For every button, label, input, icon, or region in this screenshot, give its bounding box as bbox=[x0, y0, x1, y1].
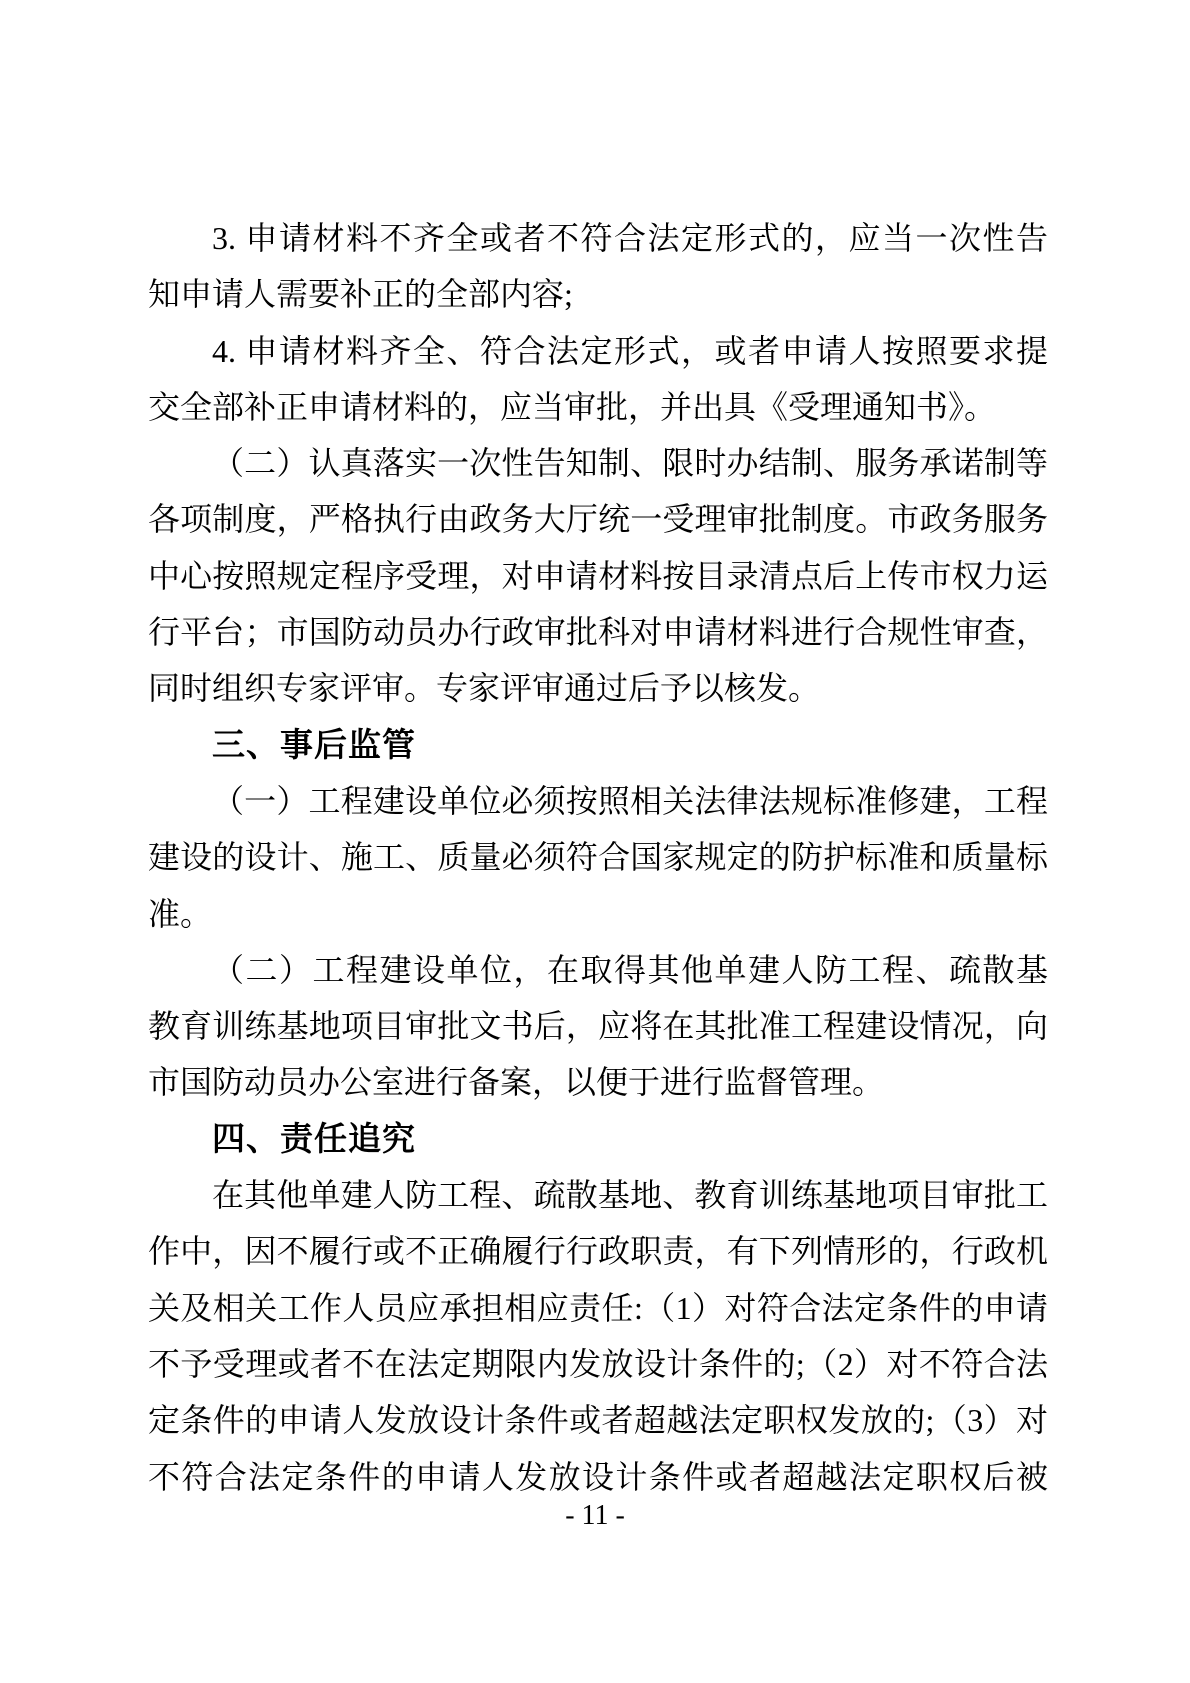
paragraph-line: 教育训练基地项目审批文书后，应将在其批准工程建设情况，向 bbox=[148, 998, 1048, 1054]
paragraph-line: 关及相关工作人员应承担相应责任:（1）对符合法定条件的申请 bbox=[148, 1280, 1048, 1336]
paragraph-line: 3. 申请材料不齐全或者不符合法定形式的，应当一次性告 bbox=[148, 210, 1048, 266]
paragraph-line: 各项制度，严格执行由政务大厅统一受理审批制度。市政务服务 bbox=[148, 491, 1048, 547]
document-page: 3. 申请材料不齐全或者不符合法定形式的，应当一次性告知申请人需要补正的全部内容… bbox=[0, 0, 1190, 1683]
paragraph-line: 行平台；市国防动员办行政审批科对申请材料进行合规性审查， bbox=[148, 604, 1048, 660]
document-body: 3. 申请材料不齐全或者不符合法定形式的，应当一次性告知申请人需要补正的全部内容… bbox=[148, 210, 1048, 1505]
paragraph-line: 知申请人需要补正的全部内容; bbox=[148, 266, 1048, 322]
section-4-heading: 四、责任追究 bbox=[148, 1111, 1048, 1167]
paragraph-line: （二）工程建设单位，在取得其他单建人防工程、疏散基地、 bbox=[148, 942, 1048, 998]
paragraph-line: 建设的设计、施工、质量必须符合国家规定的防护标准和质量标 bbox=[148, 829, 1048, 885]
paragraph-line: 同时组织专家评审。专家评审通过后予以核发。 bbox=[148, 660, 1048, 716]
page-number: - 11 - bbox=[0, 1498, 1190, 1534]
paragraph-line: 市国防动员办公室进行备案，以便于进行监督管理。 bbox=[148, 1054, 1048, 1110]
paragraph-line: 交全部补正申请材料的，应当审批，并出具《受理通知书》。 bbox=[148, 379, 1048, 435]
paragraph-line: 4. 申请材料齐全、符合法定形式，或者申请人按照要求提 bbox=[148, 323, 1048, 379]
paragraph-line: 作中，因不履行或不正确履行行政职责，有下列情形的，行政机 bbox=[148, 1223, 1048, 1279]
paragraph-line: 不予受理或者不在法定期限内发放设计条件的;（2）对不符合法 bbox=[148, 1336, 1048, 1392]
paragraph-line: 定条件的申请人发放设计条件或者超越法定职权发放的;（3）对 bbox=[148, 1392, 1048, 1448]
paragraph-line: （一）工程建设单位必须按照相关法律法规标准修建，工程 bbox=[148, 773, 1048, 829]
paragraph-line: 中心按照规定程序受理，对申请材料按目录清点后上传市权力运 bbox=[148, 548, 1048, 604]
paragraph-line: 在其他单建人防工程、疏散基地、教育训练基地项目审批工 bbox=[148, 1167, 1048, 1223]
paragraph-line: （二）认真落实一次性告知制、限时办结制、服务承诺制等 bbox=[148, 435, 1048, 491]
paragraph-line: 准。 bbox=[148, 886, 1048, 942]
section-3-heading: 三、事后监管 bbox=[148, 717, 1048, 773]
paragraph-line: 不符合法定条件的申请人发放设计条件或者超越法定职权后被 bbox=[148, 1449, 1048, 1505]
